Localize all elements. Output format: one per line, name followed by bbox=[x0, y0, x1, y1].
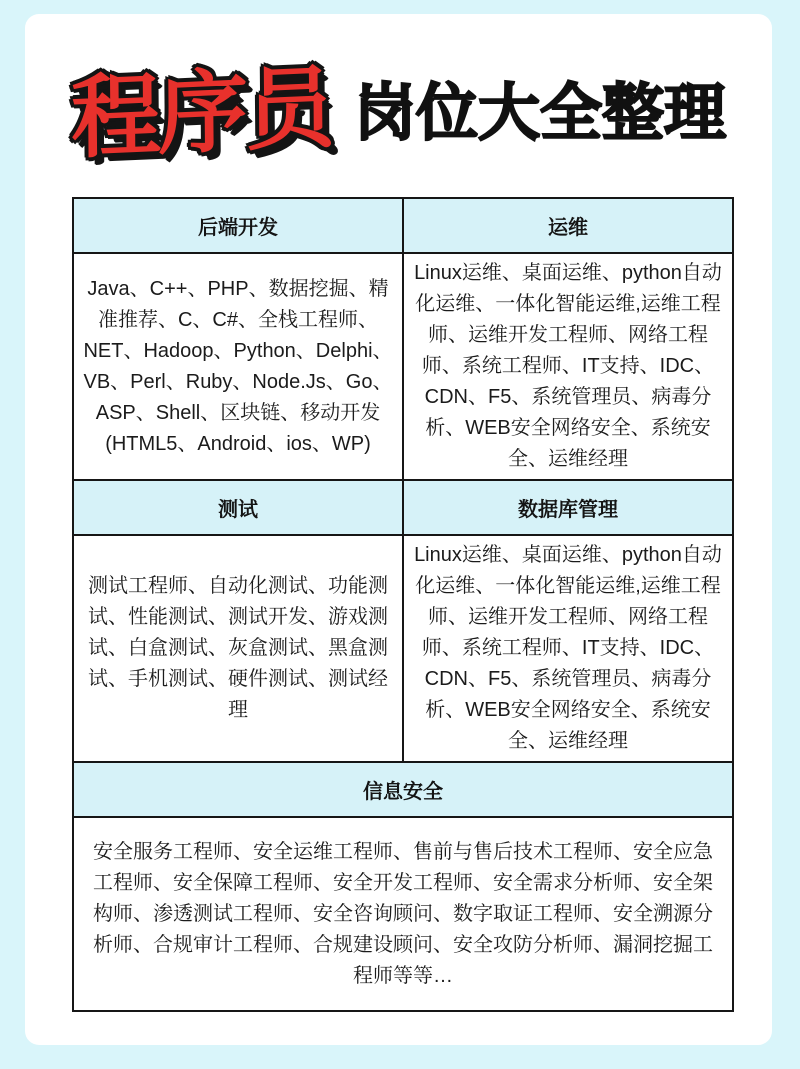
title-rest-text: 岗位大全整理 bbox=[354, 83, 726, 145]
header-cell-ops: 运维 bbox=[403, 198, 733, 253]
header-cell-backend: 后端开发 bbox=[73, 198, 403, 253]
header-row-backend-ops: 后端开发 运维 bbox=[73, 198, 733, 253]
header-row-test-db: 测试 数据库管理 bbox=[73, 480, 733, 535]
content-cell-ops: Linux运维、桌面运维、python自动化运维、一体化智能运维,运维工程师、运… bbox=[403, 253, 733, 480]
content-row-test-db: 测试工程师、自动化测试、功能测试、性能测试、测试开发、游戏测试、白盒测试、灰盒测… bbox=[73, 535, 733, 762]
content-cell-db: Linux运维、桌面运维、python自动化运维、一体化智能运维,运维工程师、运… bbox=[403, 535, 733, 762]
title-brand-text: 程序员 bbox=[71, 63, 333, 164]
header-cell-security: 信息安全 bbox=[73, 762, 733, 817]
job-categories-table: 后端开发 运维 Java、C++、PHP、数据挖掘、精准推荐、C、C#、全栈工程… bbox=[72, 197, 734, 1012]
poster-card: 程序员 岗位大全整理 后端开发 运维 Java、C++、PHP、数据挖掘、精准推… bbox=[25, 14, 772, 1045]
content-row-security: 安全服务工程师、安全运维工程师、售前与售后技术工程师、安全应急工程师、安全保障工… bbox=[73, 817, 733, 1011]
header-row-security: 信息安全 bbox=[73, 762, 733, 817]
header-cell-db: 数据库管理 bbox=[403, 480, 733, 535]
content-cell-security: 安全服务工程师、安全运维工程师、售前与售后技术工程师、安全应急工程师、安全保障工… bbox=[73, 817, 733, 1011]
poster-page: { "page": { "background_color": "#d9f5fa… bbox=[0, 0, 800, 1069]
content-row-backend-ops: Java、C++、PHP、数据挖掘、精准推荐、C、C#、全栈工程师、NET、Ha… bbox=[73, 253, 733, 480]
content-cell-test: 测试工程师、自动化测试、功能测试、性能测试、测试开发、游戏测试、白盒测试、灰盒测… bbox=[73, 535, 403, 762]
page-title: 程序员 岗位大全整理 bbox=[25, 44, 772, 184]
header-cell-test: 测试 bbox=[73, 480, 403, 535]
content-cell-backend: Java、C++、PHP、数据挖掘、精准推荐、C、C#、全栈工程师、NET、Ha… bbox=[73, 253, 403, 480]
